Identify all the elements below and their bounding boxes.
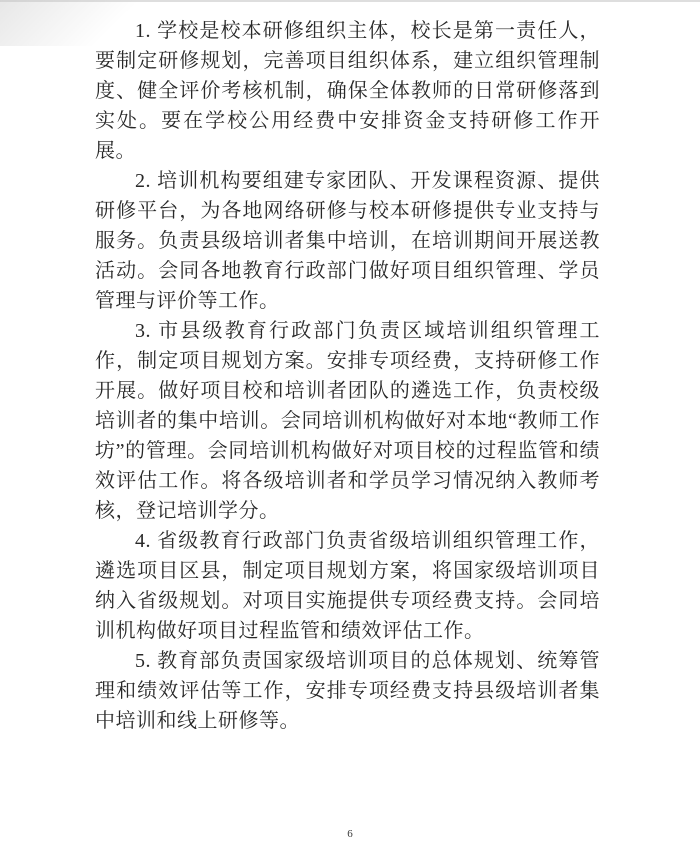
paragraph-5: 5. 教育部负责国家级培训项目的总体规划、统筹管理和绩效评估等工作，安排专项经费… [95, 646, 600, 736]
page-number: 6 [347, 828, 353, 840]
paragraph-3: 3. 市县级教育行政部门负责区域培训组织管理工作，制定项目规划方案。安排专项经费… [95, 316, 600, 526]
document-page: 1. 学校是校本研修组织主体，校长是第一责任人，要制定研修规划，完善项目组织体系… [0, 0, 700, 858]
page-footer: 6 [0, 824, 700, 842]
paragraph-4: 4. 省级教育行政部门负责省级培训组织管理工作，遴选项目区县，制定项目规划方案，… [95, 526, 600, 646]
page-body-text: 1. 学校是校本研修组织主体，校长是第一责任人，要制定研修规划，完善项目组织体系… [95, 16, 600, 736]
paragraph-1: 1. 学校是校本研修组织主体，校长是第一责任人，要制定研修规划，完善项目组织体系… [95, 16, 600, 166]
paragraph-2: 2. 培训机构要组建专家团队、开发课程资源、提供研修平台，为各地网络研修与校本研… [95, 166, 600, 316]
scan-edge-artifact [0, 0, 700, 2]
